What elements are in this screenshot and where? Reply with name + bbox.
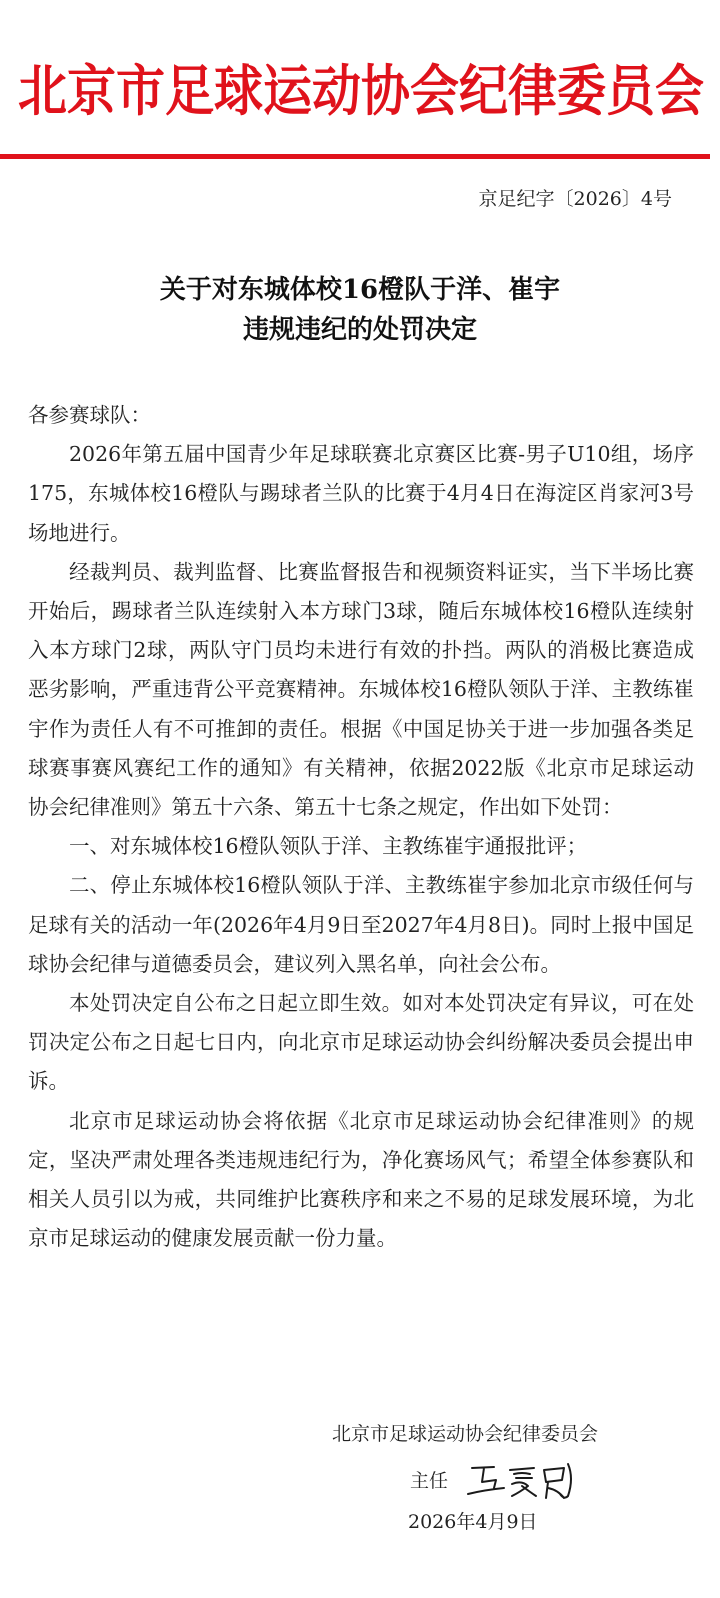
paragraph-closing: 北京市足球运动协会将依据《北京市足球运动协会纪律准则》的规定，坚决严肃处理各类违…	[28, 1102, 694, 1259]
paragraph-penalty-1: 一、对东城体校16橙队领队于洋、主教练崔宇通报批评；	[28, 827, 694, 866]
signature-date: 2026年4月9日	[408, 1507, 538, 1537]
paragraph-penalty-2: 二、停止东城体校16橙队领队于洋、主教练崔宇参加北京市级任何与足球有关的活动一年…	[28, 866, 694, 984]
organization-letterhead: 北京市足球运动协会纪律委员会	[18, 52, 678, 130]
signature-role-row: 主任	[410, 1461, 584, 1501]
signature-organization: 北京市足球运动协会纪律委员会	[332, 1419, 598, 1449]
document-title: 关于对东城体校16橙队于洋、崔宇 违规违纪的处罚决定	[0, 270, 720, 350]
handwritten-signature-icon	[464, 1458, 584, 1504]
document-title-line-2: 违规违纪的处罚决定	[0, 310, 720, 350]
paragraph-match-info: 2026年第五届中国青少年足球联赛北京赛区比赛-男子U10组，场序175，东城体…	[28, 435, 694, 553]
document-body: 各参赛球队： 2026年第五届中国青少年足球联赛北京赛区比赛-男子U10组，场序…	[28, 396, 694, 1258]
document-page: 北京市足球运动协会纪律委员会 京足纪字〔2026〕4号 关于对东城体校16橙队于…	[0, 0, 720, 1598]
paragraph-findings: 经裁判员、裁判监督、比赛监督报告和视频资料证实，当下半场比赛开始后，踢球者兰队连…	[28, 553, 694, 827]
red-divider-line	[0, 154, 710, 159]
signature-role: 主任	[410, 1466, 448, 1496]
salutation: 各参赛球队：	[28, 396, 694, 435]
document-title-line-1: 关于对东城体校16橙队于洋、崔宇	[0, 270, 720, 310]
document-number: 京足纪字〔2026〕4号	[479, 186, 672, 212]
paragraph-effective-appeal: 本处罚决定自公布之日起立即生效。如对本处罚决定有异议，可在处罚决定公布之日起七日…	[28, 984, 694, 1102]
